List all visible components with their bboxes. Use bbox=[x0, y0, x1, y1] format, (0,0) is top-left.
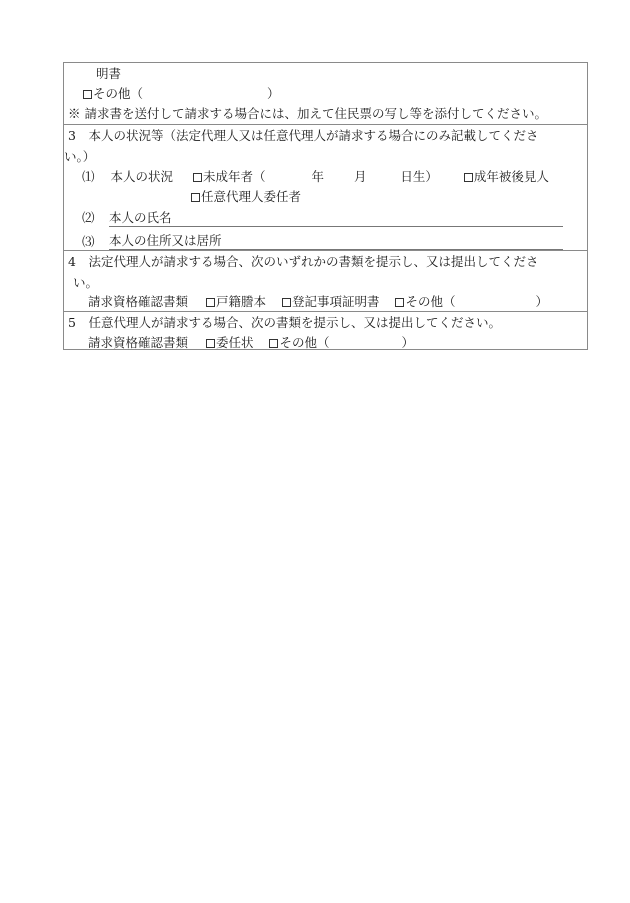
principal-address-field[interactable]: 本人の住所又は居所 bbox=[109, 233, 563, 250]
section-4-other-label: その他（ bbox=[405, 294, 455, 309]
minor-checkbox[interactable] bbox=[193, 173, 202, 182]
item-1-number: ⑴ bbox=[82, 169, 95, 184]
section-4-other-checkbox[interactable] bbox=[395, 298, 404, 307]
request-form-table: 明書 その他（） ※ 請求書を送付して請求する場合には、加えて住民票の写し等を添… bbox=[63, 62, 588, 350]
other-close: ） bbox=[267, 86, 280, 101]
section-4-legal-representative: 4 法定代理人が請求する場合、次のいずれかの書類を提示し、又は提出してくださ い… bbox=[64, 250, 587, 311]
section-4-heading-line2: い。 bbox=[73, 275, 98, 291]
registry-cert-label: 登記事項証明書 bbox=[292, 294, 380, 309]
section-4-heading: 4 法定代理人が請求する場合、次のいずれかの書類を提示し、又は提出してくださ bbox=[68, 254, 538, 269]
item-1-label: 本人の状況 bbox=[110, 169, 173, 184]
item-2-name-row: ⑵ bbox=[82, 210, 95, 226]
minor-label: 未成年者（ bbox=[203, 169, 266, 184]
family-register-label: 戸籍謄本 bbox=[216, 294, 266, 309]
section-3-principal-status: 3 本人の状況等（法定代理人又は任意代理人が請求する場合にのみ記載してくださ い… bbox=[64, 124, 587, 250]
section-4-other-close: ） bbox=[535, 294, 548, 309]
section-5-doc-label: 請求資格確認書類 bbox=[88, 335, 188, 350]
mail-note: ※ 請求書を送付して請求する場合には、加えて住民票の写し等を添付してください。 bbox=[68, 106, 547, 122]
section-5-documents-row: 請求資格確認書類 委任状 その他（ ） bbox=[88, 335, 414, 351]
family-register-checkbox[interactable] bbox=[206, 298, 215, 307]
section-3-heading-cont: い。） bbox=[64, 149, 95, 164]
item-3-address-row: ⑶ bbox=[82, 234, 95, 250]
section-5-other-close: ） bbox=[401, 335, 414, 350]
section-5-heading: 5 任意代理人が請求する場合、次の書類を提示し、又は提出してください。 bbox=[68, 315, 501, 330]
power-of-attorney-checkbox[interactable] bbox=[206, 339, 215, 348]
month-label: 月 bbox=[354, 169, 367, 184]
principal-checkbox[interactable] bbox=[191, 193, 200, 202]
section-4-heading-cont: い。 bbox=[73, 275, 98, 290]
adult-ward-checkbox[interactable] bbox=[464, 173, 473, 182]
item-1-principal-row: 任意代理人委任者 bbox=[191, 189, 301, 205]
item-1-status-row: ⑴ 本人の状況 未成年者（ 年 月 日生） 成年被後見人 bbox=[82, 169, 549, 185]
principal-name-field[interactable]: 本人の氏名 bbox=[109, 210, 563, 227]
power-of-attorney-label: 委任状 bbox=[216, 335, 254, 350]
item-3-number: ⑶ bbox=[82, 234, 95, 249]
birth-day-label: 日生） bbox=[400, 169, 438, 184]
section-4-doc-label: 請求資格確認書類 bbox=[88, 294, 188, 309]
section-3-heading-line1: 3 本人の状況等（法定代理人又は任意代理人が請求する場合にのみ記載してくださ bbox=[68, 128, 538, 144]
section-5-heading-row: 5 任意代理人が請求する場合、次の書類を提示し、又は提出してください。 bbox=[68, 315, 501, 331]
section-4-heading-line1: 4 法定代理人が請求する場合、次のいずれかの書類を提示し、又は提出してくださ bbox=[68, 254, 538, 270]
principal-label: 任意代理人委任者 bbox=[201, 189, 301, 204]
section-5-other-label: その他（ bbox=[279, 335, 329, 350]
mail-note-text: ※ 請求書を送付して請求する場合には、加えて住民票の写し等を添付してください。 bbox=[68, 106, 547, 121]
section-3-heading: 3 本人の状況等（法定代理人又は任意代理人が請求する場合にのみ記載してくださ bbox=[68, 128, 538, 143]
other-option-row: その他（） bbox=[83, 86, 280, 102]
continued-label: 明書 bbox=[96, 66, 121, 81]
year-label: 年 bbox=[311, 169, 324, 184]
continued-text: 明書 bbox=[96, 66, 121, 82]
adult-ward-label: 成年被後見人 bbox=[474, 169, 549, 184]
section-5-voluntary-representative: 5 任意代理人が請求する場合、次の書類を提示し、又は提出してください。 請求資格… bbox=[64, 311, 587, 350]
registry-cert-checkbox[interactable] bbox=[282, 298, 291, 307]
other-checkbox[interactable] bbox=[83, 90, 92, 99]
section-top: 明書 その他（） ※ 請求書を送付して請求する場合には、加えて住民票の写し等を添… bbox=[64, 63, 587, 124]
item-2-number: ⑵ bbox=[82, 210, 95, 225]
section-5-other-checkbox[interactable] bbox=[269, 339, 278, 348]
section-4-documents-row: 請求資格確認書類 戸籍謄本 登記事項証明書 その他（ ） bbox=[88, 294, 548, 310]
section-3-heading-line2: い。） bbox=[64, 149, 95, 165]
principal-address-label: 本人の住所又は居所 bbox=[109, 233, 222, 248]
principal-name-label: 本人の氏名 bbox=[109, 210, 172, 225]
other-label: その他（ bbox=[93, 86, 143, 101]
